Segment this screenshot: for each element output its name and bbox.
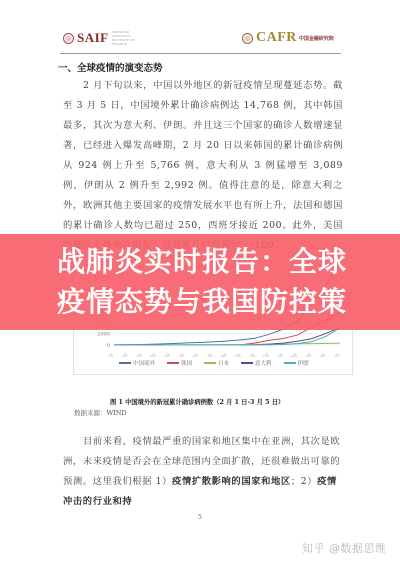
cafr-seal-icon [242,33,253,44]
legend-label: 日本 [218,359,229,367]
figure-caption: 图 1 中国境外的新冠累计确诊病例数（2 月 1 日-3 月 5 日） [110,397,284,406]
legend-item: 中国境外 [119,359,155,367]
paragraph-2-bold-1: 疫情扩散影响的国家和地区 [172,476,291,487]
legend-swatch-icon [119,362,131,364]
paragraph-1-text: 2 月下旬以来，中国以外地区的新冠疫情呈现蔓延态势。截至 3 月 5 日，中国境… [63,76,343,256]
legend-label: 伊朗 [298,359,309,367]
legend-item: 韩国 [167,359,192,367]
zhihu-watermark: 知乎 @数据思维 [302,540,387,556]
legend-item: 意大利 [241,359,272,367]
svg-text:2月1日: 2月1日 [100,351,115,357]
saif-logo: SAIF SHANGHAI ADVANCED INSTITUTE OF FINA… [63,30,136,46]
paragraph-2: 目前来看，疫情最严重的国家和地区集中在亚洲，其次是欧洲，未来疫情是否会在全球范围… [63,432,345,512]
saif-seal-icon [63,33,74,44]
legend-swatch-icon [284,362,296,364]
legend-label: 中国境外 [133,359,155,367]
svg-text:2月5日: 2月5日 [128,351,143,357]
paragraph-2-mid: ；2） [291,476,317,487]
chart-legend: 中国境外韩国日本意大利伊朗 [119,359,309,367]
legend-label: 意大利 [255,359,272,367]
cafr-logo-cn: 中国金融研究院 [299,35,334,42]
svg-text:3月2日: 3月2日 [312,351,327,357]
paragraph-1: 2 月下旬以来，中国以外地区的新冠疫情呈现蔓延态势。截至 3 月 5 日，中国境… [63,76,343,256]
legend-swatch-icon [241,362,253,364]
data-source: 数据来源：WIND [74,408,127,417]
legend-item: 伊朗 [284,359,309,367]
section-title: 一、全球疫情的演变态势 [58,60,163,74]
banner-title-line-1: 战肺炎实时报告：全球 [57,242,347,282]
document-page: SAIF SHANGHAI ADVANCED INSTITUTE OF FINA… [0,0,400,565]
svg-text:2月7日: 2月7日 [142,351,157,357]
saif-logo-subtitle: SHANGHAI ADVANCED INSTITUTE OF FINANCE [112,30,136,46]
svg-text:2000: 2000 [97,332,110,338]
legend-swatch-icon [167,362,179,364]
legend-swatch-icon [204,362,216,364]
saif-logo-text: SAIF [77,30,109,46]
banner-title-line-2: 疫情态势与我国防控策 [57,282,347,322]
cafr-logo: CAFR 中国金融研究院 [242,30,334,46]
legend-item: 日本 [204,359,229,367]
page-number: 5 [198,514,202,521]
svg-text:3月4日: 3月4日 [326,351,341,357]
header-divider [60,53,341,54]
svg-text:2月4日: 2月4日 [114,351,129,357]
svg-text:2月9日: 2月9日 [157,351,172,357]
cafr-logo-text: CAFR [256,30,297,46]
title-banner[interactable]: 战肺炎实时报告：全球 疫情态势与我国防控策 [0,234,400,330]
svg-text:0: 0 [107,343,110,349]
legend-label: 韩国 [181,359,192,367]
